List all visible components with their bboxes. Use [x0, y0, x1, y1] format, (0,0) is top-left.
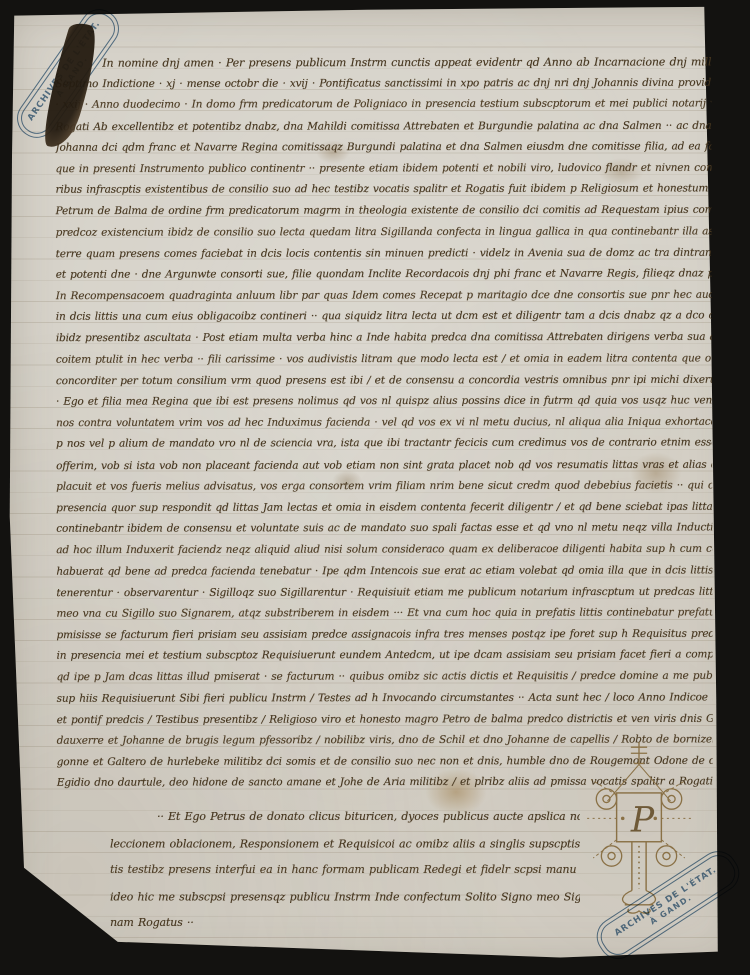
manuscript-line: terre quam presens comes faciebat in dci… [56, 242, 712, 265]
manuscript-line: habuerat qd bene ad predca facienda tene… [56, 560, 712, 583]
notary-line: nam Rogatus ·· [110, 910, 580, 937]
manuscript-line: presencia quor sup respondit qd littas J… [56, 497, 712, 520]
manuscript-line: qd ipe p Jam dcas littas illud pmiserat … [57, 666, 713, 689]
manuscript-line: que in presenti Instrumento publico cont… [55, 158, 711, 181]
notary-line: ideo hic me subscpsi presensqz publicu I… [110, 884, 580, 911]
manuscript-line: Rogati Ab excellentibz et potentibz dnab… [55, 115, 711, 138]
manuscript-line: · Ego et filia mea Regina que ibi est pr… [56, 390, 712, 413]
notary-mark-letter: P [630, 801, 655, 841]
manuscript-line: Septimo Indictione · xj · mense octobr d… [55, 73, 711, 96]
manuscript-line: offerim, vob si ista vob non placeant fa… [56, 454, 712, 477]
manuscript-line: In Recompensacoem quadraginta anluum lib… [56, 285, 712, 308]
manuscript-line: in dcis littis una cum eius obligacoibz … [56, 306, 712, 329]
manuscript-line: predcoz existencium ibidz de consilio su… [56, 221, 712, 244]
manuscript-line: · xxij · Anno duodecimo · In domo frm pr… [55, 94, 711, 117]
manuscript-line: ibidz presentibz ascultata · Post etiam … [56, 327, 712, 350]
manuscript-line: pmisisse se facturum fieri prisiam seu a… [56, 624, 712, 647]
manuscript-line: nos contra voluntatem vrim vos ad hec In… [56, 412, 712, 435]
manuscript-line: et potenti dne · dne Argunwte consorti s… [56, 263, 712, 286]
notary-line: ·· Et Ego Petrus de donato clicus bituri… [110, 804, 580, 831]
manuscript-line: ad hoc illum Induxerit faciendz neqz ali… [56, 539, 712, 562]
manuscript-line: continebantr ibidem de consensu et volun… [56, 517, 712, 540]
manuscript-line: concorditer per totum consilium vrm quod… [56, 370, 712, 393]
notary-line: tis testibz presens interfui ea in hanc … [110, 857, 580, 884]
manuscript-line: Johanna dci qdm franc et Navarre Regina … [55, 136, 711, 159]
notary-subscription: ·· Et Ego Petrus de donato clicus bituri… [110, 804, 580, 937]
manuscript-line: tenerentur · observarentur · Sigilloqz s… [56, 581, 712, 604]
manuscript-line: meo vna cu Sigillo suo Signarem, atqz su… [56, 602, 712, 625]
notary-line: leccionem oblacionem, Responsionem et Re… [110, 831, 580, 858]
manuscript-line: coitem ptulit in hec verba ·· fili caris… [56, 348, 712, 371]
manuscript-line: p nos vel p alium de mandato vro nl de s… [56, 433, 712, 456]
manuscript-body: In nomine dnj amen · Per presens publicu… [55, 51, 713, 798]
manuscript-line: in presencia mei et testium subscptoz Re… [56, 645, 712, 668]
manuscript-line: In nomine dnj amen · Per presens publicu… [55, 51, 711, 74]
manuscript-line: placuit et vos fueris melius advisatus, … [56, 475, 712, 498]
manuscript-line: Petrum de Balma de ordine frm predicator… [56, 200, 712, 223]
manuscript-line: et pontif predcis / Testibus presentibz … [57, 709, 713, 732]
manuscript-line: sup hiis Requisiuerunt Sibi fieri public… [57, 687, 713, 710]
manuscript-line: ribus infrascptis existentibus de consil… [55, 178, 711, 201]
